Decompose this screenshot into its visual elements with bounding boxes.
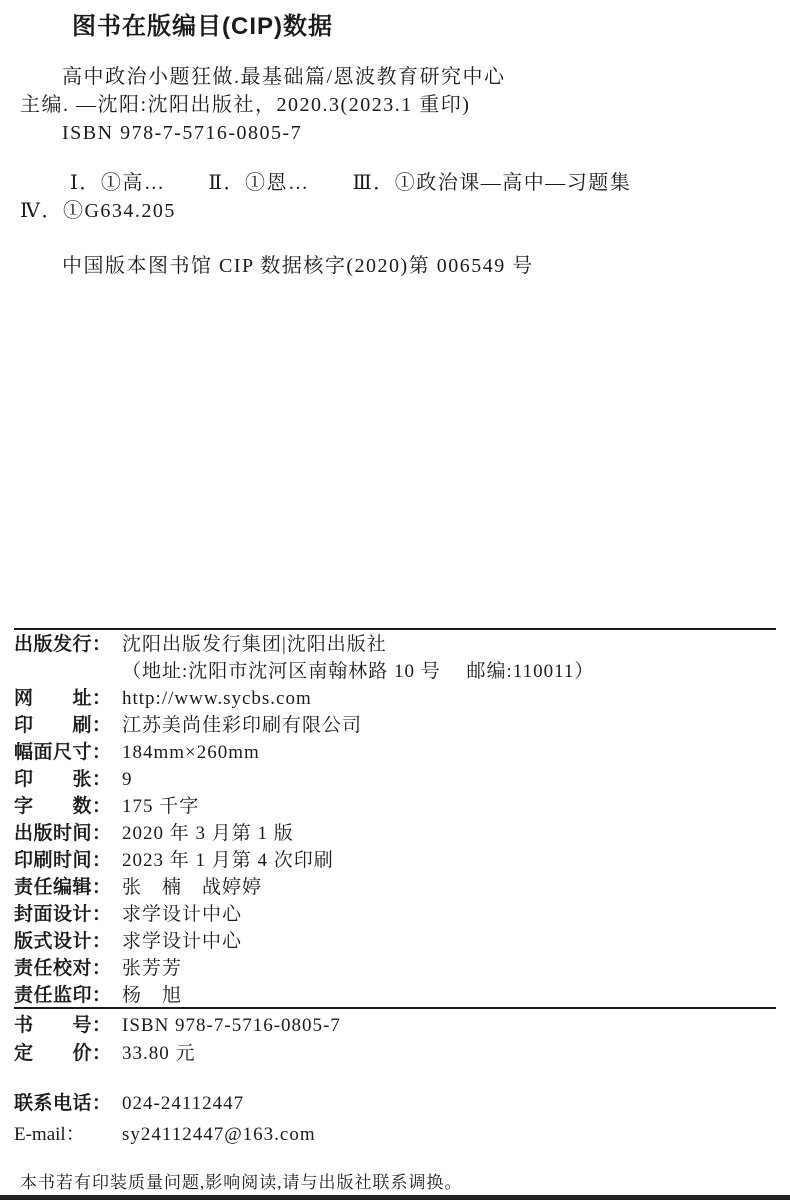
info-label: 印刷时间： bbox=[14, 847, 122, 874]
cip-description-line-1: 高中政治小题狂做.最基础篇/恩波教育研究中心 bbox=[20, 64, 790, 90]
info-row-layout-design: 版式设计： 求学设计中心 bbox=[14, 928, 776, 955]
info-row-website: 网 址： http://www.sycbs.com bbox=[14, 685, 776, 712]
info-label: 出版时间： bbox=[14, 820, 122, 847]
contact-block: 联系电话： 024-24112447 E-mail： sy24112447@16… bbox=[14, 1090, 776, 1149]
info-row-wordcount: 字 数： 175 千字 bbox=[14, 793, 776, 820]
info-value: 33.80 元 bbox=[122, 1040, 196, 1068]
info-value: ISBN 978-7-5716-0805-7 bbox=[122, 1012, 341, 1040]
info-row-publisher: 出版发行： 沈阳出版发行集团|沈阳出版社 bbox=[14, 631, 776, 658]
info-label: 责任编辑： bbox=[14, 874, 122, 901]
info-row-pubdate: 出版时间： 2020 年 3 月第 1 版 bbox=[14, 820, 776, 847]
contact-email-label: E-mail： bbox=[14, 1121, 122, 1149]
info-value: 175 千字 bbox=[122, 793, 199, 820]
divider-middle bbox=[14, 1007, 776, 1009]
info-value: 184mm×260mm bbox=[122, 739, 260, 766]
info-value: 张芳芳 bbox=[122, 955, 182, 982]
contact-phone-row: 联系电话： 024-24112447 bbox=[14, 1090, 776, 1118]
cip-classification-line-1: Ⅰ．①高… Ⅱ．①恩… Ⅲ．①政治课—高中—习题集 bbox=[20, 170, 790, 196]
info-label: 责任监印： bbox=[14, 982, 122, 1009]
info-row-price: 定 价： 33.80 元 bbox=[14, 1040, 776, 1068]
info-value: 张 楠 战婷婷 bbox=[122, 874, 262, 901]
info-value: 求学设计中心 bbox=[122, 901, 242, 928]
cip-copyright-page: 图书在版编目(CIP)数据 高中政治小题狂做.最基础篇/恩波教育研究中心 主编.… bbox=[0, 0, 790, 1200]
page-title: 图书在版编目(CIP)数据 bbox=[72, 6, 333, 41]
publication-info: 出版发行： 沈阳出版发行集团|沈阳出版社 （地址:沈阳市沈河区南翰林路 10 号… bbox=[14, 631, 776, 1009]
contact-phone-label: 联系电话： bbox=[14, 1090, 122, 1118]
info-label: 版式设计： bbox=[14, 928, 122, 955]
quality-note: 本书若有印装质量问题,影响阅读,请与出版社联系调换。 bbox=[20, 1168, 463, 1193]
info-row-address: （地址:沈阳市沈河区南翰林路 10 号 邮编:110011） bbox=[14, 658, 776, 685]
info-row-sheets: 印 张： 9 bbox=[14, 766, 776, 793]
cip-description-line-2: 主编. —沈阳:沈阳出版社，2020.3(2023.1 重印) bbox=[20, 92, 770, 118]
info-value: http://www.sycbs.com bbox=[122, 685, 312, 712]
bottom-rule bbox=[0, 1195, 790, 1200]
contact-email-value: sy24112447@163.com bbox=[122, 1121, 316, 1149]
info-value: 杨 旭 bbox=[122, 982, 182, 1009]
info-label: 字 数： bbox=[14, 793, 122, 820]
info-value: （地址:沈阳市沈河区南翰林路 10 号 邮编:110011） bbox=[14, 658, 594, 685]
info-value: 江苏美尚佳彩印刷有限公司 bbox=[122, 712, 362, 739]
contact-email-row: E-mail： sy24112447@163.com bbox=[14, 1121, 776, 1149]
divider-top bbox=[14, 628, 776, 630]
info-row-book-number: 书 号： ISBN 978-7-5716-0805-7 bbox=[14, 1012, 776, 1040]
info-value: 2023 年 1 月第 4 次印刷 bbox=[122, 847, 334, 874]
info-row-proofreader: 责任校对： 张芳芳 bbox=[14, 955, 776, 982]
info-row-editor: 责任编辑： 张 楠 战婷婷 bbox=[14, 874, 776, 901]
info-label: 印 刷： bbox=[14, 712, 122, 739]
contact-phone-value: 024-24112447 bbox=[122, 1090, 244, 1118]
info-row-dimensions: 幅面尺寸： 184mm×260mm bbox=[14, 739, 776, 766]
info-value: 2020 年 3 月第 1 版 bbox=[122, 820, 294, 847]
info-label: 责任校对： bbox=[14, 955, 122, 982]
info-label: 幅面尺寸： bbox=[14, 739, 122, 766]
info-label: 封面设计： bbox=[14, 901, 122, 928]
info-row-cover-design: 封面设计： 求学设计中心 bbox=[14, 901, 776, 928]
info-row-printer: 印 刷： 江苏美尚佳彩印刷有限公司 bbox=[14, 712, 776, 739]
cip-classification-line-2: Ⅳ．①G634.205 bbox=[20, 198, 770, 224]
info-value: 求学设计中心 bbox=[122, 928, 242, 955]
cip-isbn-line: ISBN 978-7-5716-0805-7 bbox=[20, 120, 790, 146]
info-label: 出版发行： bbox=[14, 631, 122, 658]
info-row-print-supervisor: 责任监印： 杨 旭 bbox=[14, 982, 776, 1009]
info-label: 网 址： bbox=[14, 685, 122, 712]
info-row-printdate: 印刷时间： 2023 年 1 月第 4 次印刷 bbox=[14, 847, 776, 874]
info-label: 书 号： bbox=[14, 1012, 122, 1040]
info-label: 印 张： bbox=[14, 766, 122, 793]
info-value: 沈阳出版发行集团|沈阳出版社 bbox=[122, 631, 387, 658]
cip-record-number: 中国版本图书馆 CIP 数据核字(2020)第 006549 号 bbox=[20, 253, 790, 279]
info-label: 定 价： bbox=[14, 1040, 122, 1068]
isbn-price-block: 书 号： ISBN 978-7-5716-0805-7 定 价： 33.80 元 bbox=[14, 1012, 776, 1068]
info-value: 9 bbox=[122, 766, 133, 793]
